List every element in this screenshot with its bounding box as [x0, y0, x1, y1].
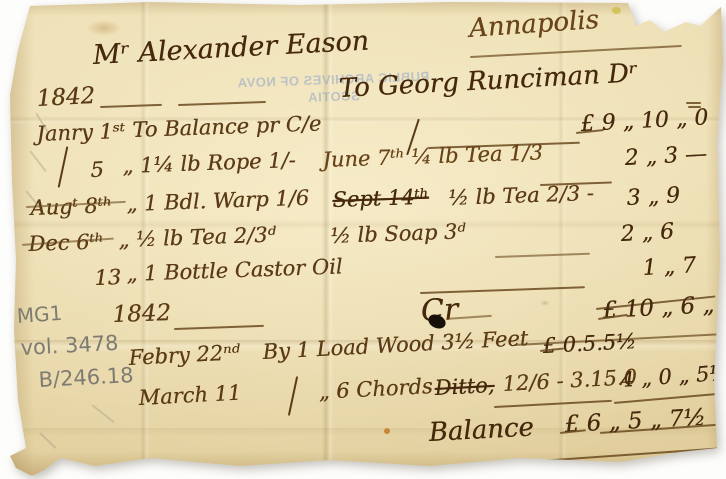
- pencil-ghost-mark: [39, 432, 56, 449]
- paper-stain: [86, 20, 122, 36]
- place-line: Annapolis: [468, 5, 600, 44]
- ledger-date: March 11: [138, 381, 242, 410]
- pencil-ghost-mark: [29, 150, 47, 172]
- ledger-entry: By 1 Load Wood 3½ Feet: [262, 326, 529, 364]
- archive-ref: B/246.18: [38, 363, 134, 392]
- ledger-amount: £ 0.5.5½: [542, 329, 637, 358]
- ledger-entry-continued: June 7ᵗʰ ¼ lb Tea 1/3: [322, 140, 543, 172]
- ink-rule: [495, 253, 590, 258]
- ledger-amount: 2 „ 3 —: [624, 142, 708, 171]
- struck-text: Ditto,: [434, 373, 495, 400]
- paper-stain: [540, 300, 550, 306]
- paper-shadow: PUBLIC ARCHIVES OF NOVA SCOTIA Annapolis…: [0, 0, 726, 479]
- edge-vignette-top: [0, 0, 726, 16]
- ledger-amount: 1 „ 7: [642, 253, 697, 281]
- year-label: 1842: [36, 83, 96, 112]
- ink-dash: [174, 325, 264, 330]
- ledger-entry: „ 1 Bdl. Warp 1/6: [126, 186, 309, 216]
- ditto-slash: [58, 146, 69, 187]
- archive-ref: vol. 3478: [20, 331, 119, 360]
- ink-tick: [686, 102, 701, 104]
- paper-speck: [612, 7, 621, 14]
- account-title: To Georg Runciman Dʳ: [338, 58, 639, 104]
- edge-vignette-right: [706, 0, 726, 479]
- amount-underline: [614, 392, 724, 404]
- rate-underline: [494, 400, 612, 408]
- ledger-date: Janry 1ˢᵗ: [36, 119, 125, 146]
- ledger-date: 5: [90, 158, 104, 182]
- scanned-receipt-photo: PUBLIC ARCHIVES OF NOVA SCOTIA Annapolis…: [0, 0, 726, 479]
- ledger-entry: „ ½ lb Tea 2/3ᵈ: [118, 222, 276, 251]
- paper-speck: [384, 428, 390, 434]
- balance-amount: £ 6 „ 5 „ 7½: [564, 405, 706, 438]
- balance-label: Balance: [428, 412, 535, 447]
- ledger-entry: „ 1¼ lb Rope 1/-: [122, 148, 296, 178]
- struck-text: Sept 14ᵗʰ: [332, 185, 429, 212]
- ledger-entry-continued: ½ lb Tea 2/3 -: [448, 181, 594, 210]
- place-underline: [470, 45, 682, 58]
- ledger-date: Febry 22ⁿᵈ: [128, 340, 241, 370]
- ledger-amount: 3 „ 9: [626, 183, 681, 211]
- ledger-amount: 2 „ 6: [620, 219, 675, 247]
- addressee-line: Mʳ Alexander Eason: [92, 26, 370, 71]
- credit-year: 1842: [112, 300, 171, 328]
- archive-ref: MG1: [16, 301, 63, 328]
- ledger-entry: „ 1 Bottle Castor Oil: [126, 254, 343, 286]
- debit-total-amount: £ 10 „ 6 „ 1: [602, 291, 726, 324]
- balance-double-underline: [540, 447, 726, 462]
- ink-dash: [100, 104, 162, 108]
- ledger-date: 13: [94, 265, 122, 290]
- pencil-ghost-mark: [91, 404, 114, 423]
- ledger-entry: „ 6 Chords: [318, 374, 433, 404]
- receipt-paper: PUBLIC ARCHIVES OF NOVA SCOTIA Annapolis…: [0, 0, 726, 479]
- ledger-entry: To Balance pr C/e: [132, 111, 322, 142]
- ledger-amount: £ 9 „ 10 „ 0: [580, 105, 709, 137]
- ledger-rate: 12/6 - 3.15.0: [502, 365, 637, 396]
- ledger-entry-continued: ½ lb Soap 3ᵈ: [330, 219, 466, 248]
- ditto-slash: [288, 376, 298, 416]
